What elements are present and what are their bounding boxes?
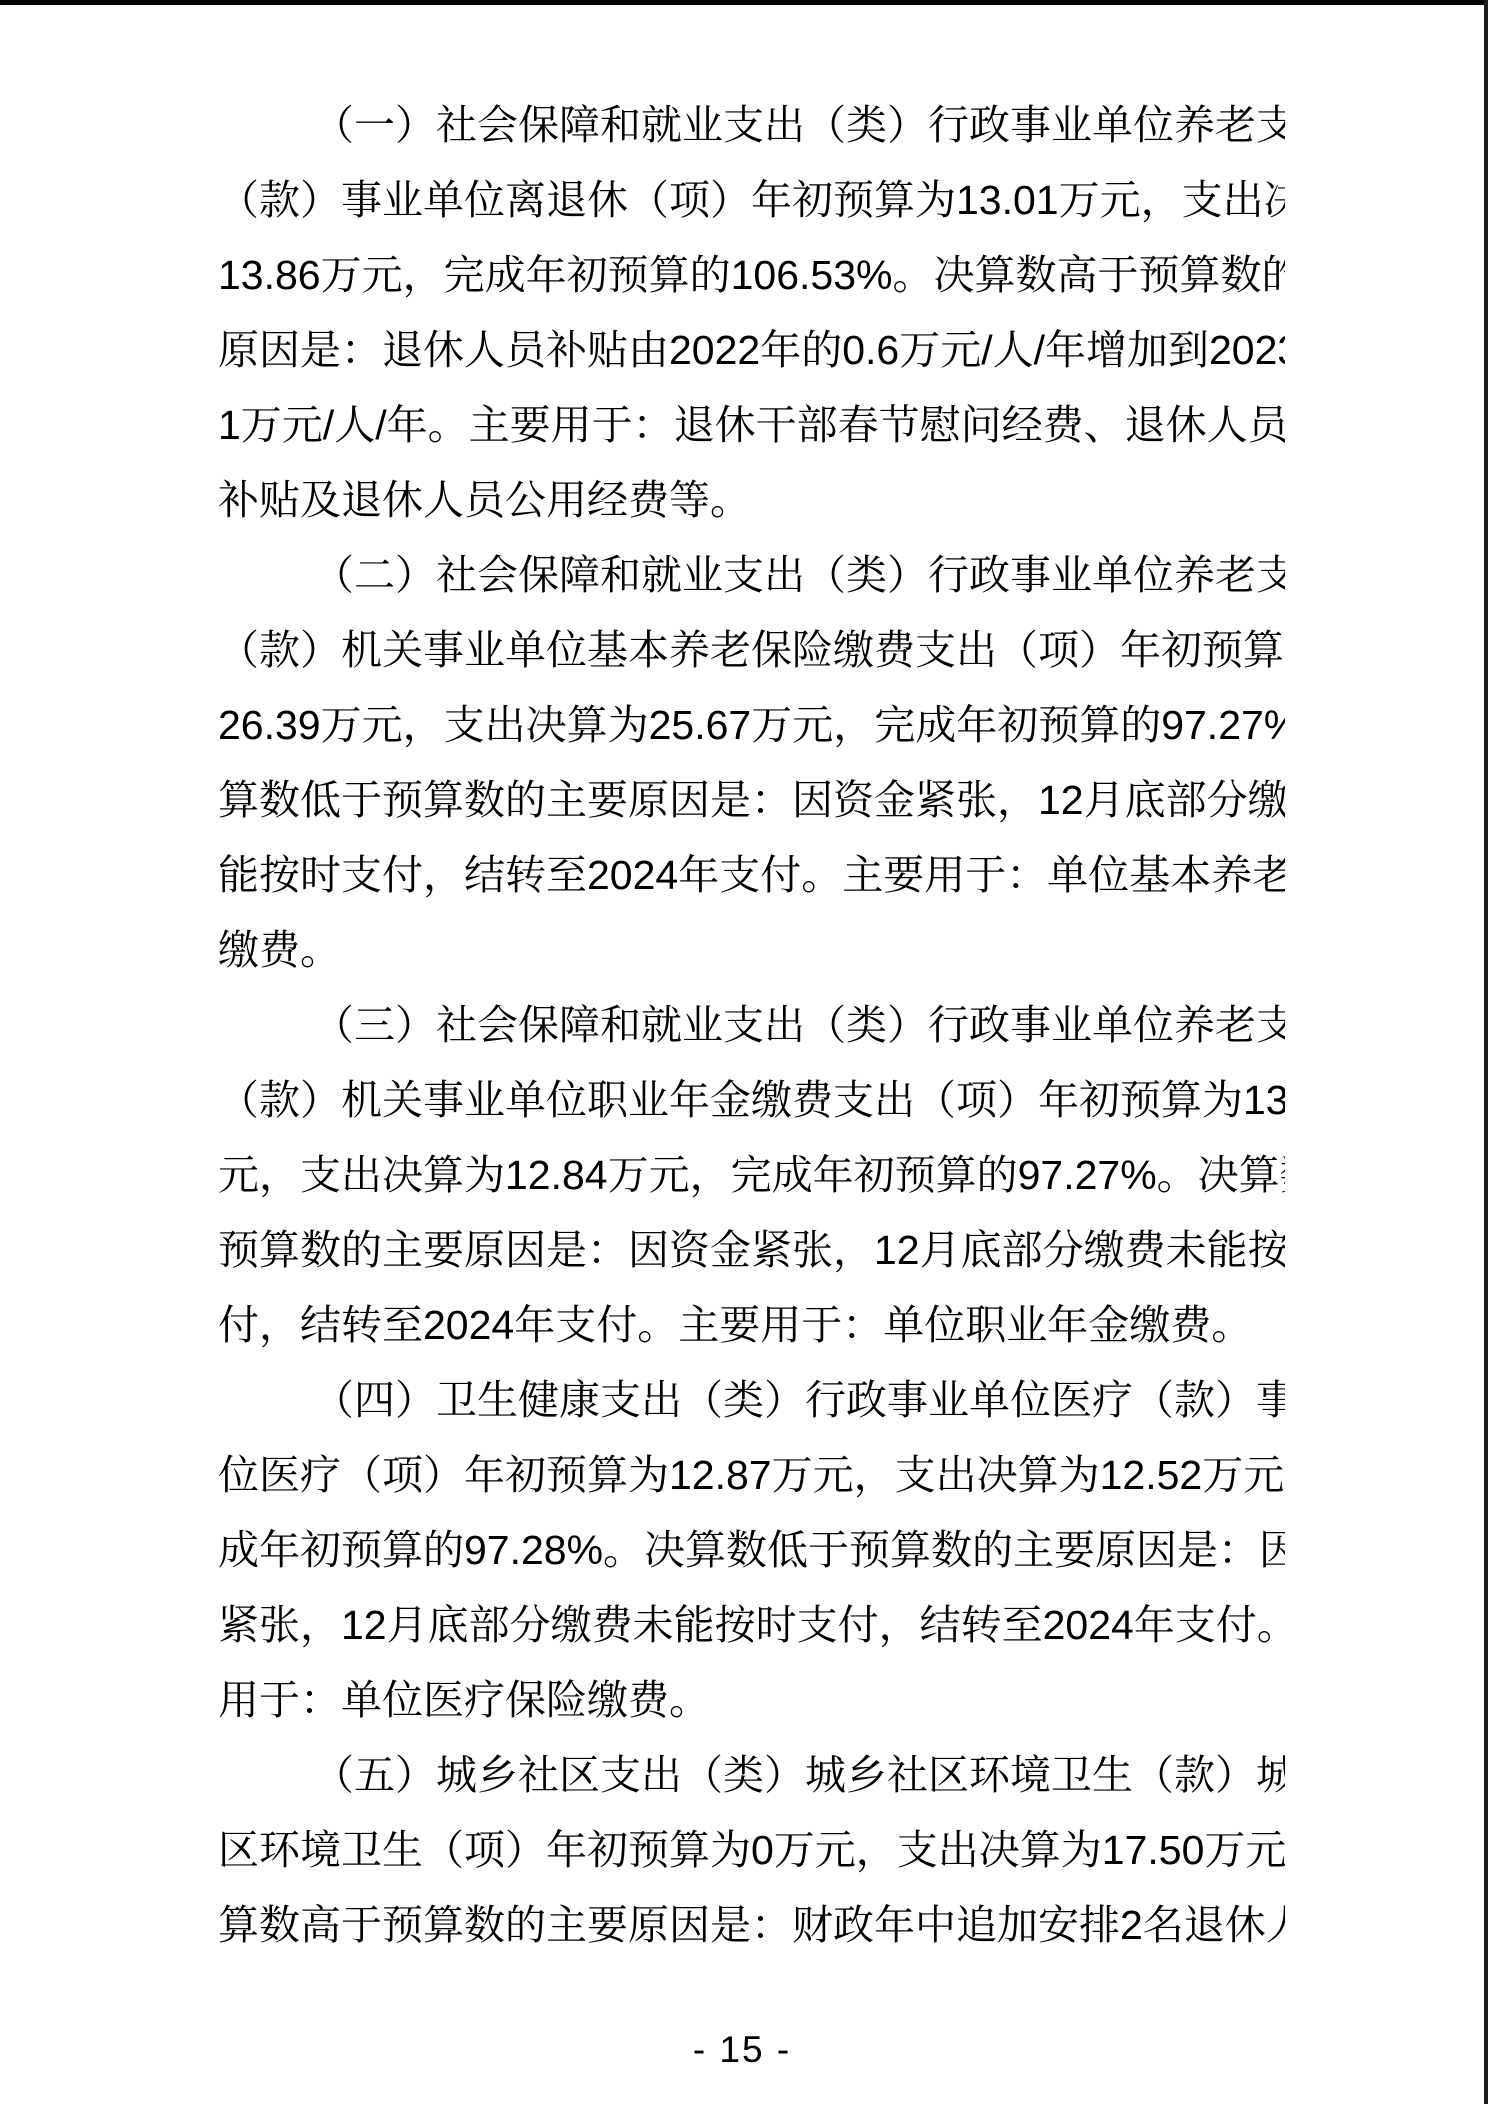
text-line: 位医疗（项）年初预算为12.87万元，支出决算为12.52万元，完	[218, 1438, 1285, 1513]
text-line: 原因是：退休人员补贴由2022年的0.6万元/人/年增加到2023年的	[218, 313, 1285, 388]
text-line: 算数低于预算数的主要原因是：因资金紧张，12月底部分缴费未	[218, 763, 1285, 838]
document-page: （一）社会保障和就业支出（类）行政事业单位养老支出（款）事业单位离退休（项）年初…	[0, 0, 1488, 2104]
text-line: （五）城乡社区支出（类）城乡社区环境卫生（款）城乡社	[218, 1738, 1285, 1813]
text-line: 元，支出决算为12.84万元，完成年初预算的97.27%。决算数低于	[218, 1138, 1285, 1213]
page-number: - 15 -	[0, 2026, 1484, 2074]
text-line: （款）事业单位离退休（项）年初预算为13.01万元，支出决算为	[218, 163, 1285, 238]
text-line: （四）卫生健康支出（类）行政事业单位医疗（款）事业单	[218, 1363, 1285, 1438]
text-line: 26.39万元，支出决算为25.67万元，完成年初预算的97.27%。决	[218, 688, 1285, 763]
text-line: （款）机关事业单位基本养老保险缴费支出（项）年初预算为	[218, 613, 1285, 688]
scan-right-edge-artifact	[1484, 0, 1488, 2104]
text-line: 成年初预算的97.28%。决算数低于预算数的主要原因是：因资金	[218, 1513, 1285, 1588]
text-line: （款）机关事业单位职业年金缴费支出（项）年初预算为13.20万	[218, 1063, 1285, 1138]
text-line: （一）社会保障和就业支出（类）行政事业单位养老支出	[218, 88, 1285, 163]
text-line: 付，结转至2024年支付。主要用于：单位职业年金缴费。	[218, 1288, 1285, 1363]
text-line: （二）社会保障和就业支出（类）行政事业单位养老支出	[218, 538, 1285, 613]
text-line: 缴费。	[218, 913, 1285, 988]
scan-top-edge-artifact	[0, 0, 1488, 5]
text-line: 算数高于预算数的主要原因是：财政年中追加安排2名退休人员的	[218, 1888, 1285, 1963]
text-line: 13.86万元，完成年初预算的106.53%。决算数高于预算数的主要	[218, 238, 1285, 313]
text-line: 1万元/人/年。主要用于：退休干部春节慰问经费、退休人员退休	[218, 388, 1285, 463]
text-line: 紧张，12月底部分缴费未能按时支付，结转至2024年支付。主要	[218, 1588, 1285, 1663]
text-block: （一）社会保障和就业支出（类）行政事业单位养老支出（款）事业单位离退休（项）年初…	[218, 88, 1285, 1963]
text-line: 补贴及退休人员公用经费等。	[218, 463, 1285, 538]
text-line: （三）社会保障和就业支出（类）行政事业单位养老支出	[218, 988, 1285, 1063]
text-line: 区环境卫生（项）年初预算为0万元，支出决算为17.50万元。决	[218, 1813, 1285, 1888]
text-line: 预算数的主要原因是：因资金紧张，12月底部分缴费未能按时支	[218, 1213, 1285, 1288]
text-line: 能按时支付，结转至2024年支付。主要用于：单位基本养老保险	[218, 838, 1285, 913]
text-line: 用于：单位医疗保险缴费。	[218, 1663, 1285, 1738]
